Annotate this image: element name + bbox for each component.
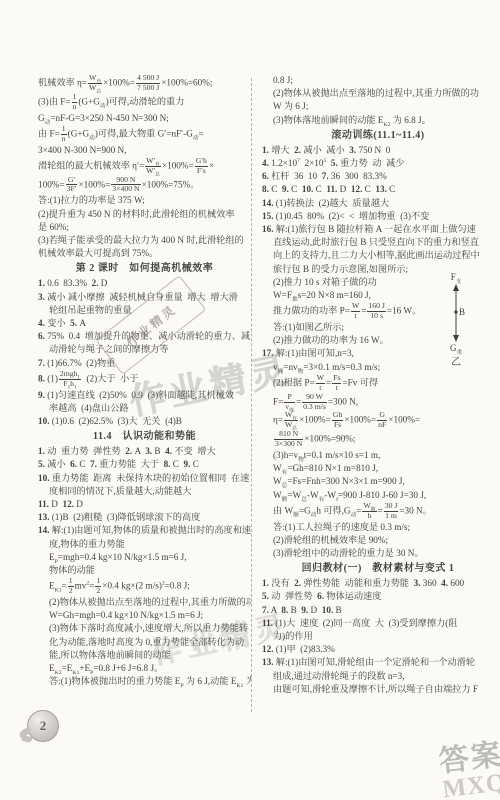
answer-text-line: 10. 重力势能 距离 未保持木块的初始位置相同 在速 bbox=[38, 472, 251, 485]
answer-text-line: η=W有W总×100%=GhFs×100%=GnF×100%= bbox=[262, 411, 494, 430]
answer-text-line: 4. 1.2×107 2×105 5. 重力势 动 减少 bbox=[262, 157, 494, 170]
answer-text-line: 答:(1)工人拉绳子的速度是 0.3 m/s; bbox=[262, 521, 494, 534]
answer-text-line: 1. 0.6 83.3% 2. D bbox=[38, 277, 251, 290]
answer-text-line: F=Pv绳=90 W0.3 m/s=300 N, bbox=[262, 393, 494, 412]
answer-text-line: 由 W额=G动h 可得,G动=W额h=30 J1 m=30 N。 bbox=[262, 502, 494, 521]
answer-text-line: 15. (1)0.45 80% (2)< < 增加物重 (3)不变 bbox=[262, 210, 494, 223]
answer-text-line: 11. D 12. D bbox=[38, 498, 251, 511]
answer-text-line: G动=nF-G=3×250 N-450 N=300 N; bbox=[38, 112, 251, 125]
answer-text-line: 滑轮组的最大机械效率 η′=W′有W′总×100%=G′hF′s× bbox=[38, 157, 251, 176]
answer-text-line: W总=Fs=Fnh=300 N×3×1 m=900 J, bbox=[262, 475, 494, 488]
answer-text-line: 力)的作用 bbox=[262, 630, 494, 643]
answer-text-line: (2)滑轮组的机械效率是 90%; bbox=[262, 534, 494, 547]
answer-text-line: (2)物体从被抛出点至落地的过程中,其重力所做的功 bbox=[38, 596, 251, 609]
answer-text-line: W有=Gh=810 N×1 m=810 J, bbox=[262, 462, 494, 475]
leaf-icon bbox=[21, 735, 32, 743]
answer-text-line: (3)物体落地前瞬间的动能 EK2 为 6.8 J。 bbox=[262, 114, 494, 127]
force-arrows-icon: B bbox=[437, 283, 475, 343]
answer-text-line: 度相同的情况下,质量越大,动能越大 bbox=[38, 485, 251, 498]
page-number: 2 bbox=[40, 718, 47, 734]
page-number-badge: 2 bbox=[27, 710, 59, 742]
answer-text-line: 0.8 J; bbox=[262, 74, 494, 87]
answer-text-line: 5. 动 弹性势 6. 物体运动速度 bbox=[262, 590, 494, 603]
answer-text-line: 12. (1)甲 (2)83.3% bbox=[262, 643, 494, 656]
section-heading: 滚动训练(11.1~11.4) bbox=[262, 127, 494, 144]
answer-text-line: (3)滑轮组中的动滑轮的重力是 30 N。 bbox=[262, 547, 494, 560]
force-diagram-caption: 乙 bbox=[437, 357, 475, 368]
answer-text-line: 1. 动 重力势 弹性势 2. A 3. B 4. 不变 增大 bbox=[38, 445, 251, 458]
answer-text-line: 8. C 9. C 10. C 11. D 12. C 13. C bbox=[262, 183, 494, 196]
answer-text-line: (2)物体从被抛出点至落地的过程中,其重力所做的功 bbox=[262, 87, 494, 100]
answer-text-line: EK2=EK1+EP=0.8 J+6 J=6.8 J。 bbox=[38, 662, 251, 675]
answer-text-line: 13. 解:(1)由图可知,滑轮组由一个定滑轮和一个动滑轮 bbox=[262, 656, 494, 669]
answer-text-line: (2)根据 P=Wt=Fst=Fv 可得 bbox=[262, 374, 494, 393]
answer-text-line: 7. A 8. B 9. D 10. B bbox=[262, 604, 494, 617]
answer-text-line: 3×400 N-300 N=900 N, bbox=[38, 144, 251, 157]
answer-text-line: 答:(1)拉力的功率是 375 W; bbox=[38, 194, 251, 207]
force-diagram: F支 B G重 乙 bbox=[437, 272, 475, 368]
answer-text-line: 1. 增大 2. 减小 减小 3. 750 N 0 bbox=[262, 144, 494, 157]
answer-text-line: 14. (1)转换法 (2)越大 质量越大 bbox=[262, 197, 494, 210]
section-heading: 回归教材(一) 教材素材与变式 1 bbox=[262, 560, 494, 577]
answer-text-line: 100%=G′3F′×100%=900 N3×400 N×100%=75%。 bbox=[38, 176, 251, 195]
answer-text-line: (2)提升重为 450 N 的材料时,此滑轮组的机械效率 bbox=[38, 208, 251, 221]
answer-text-line: 直线运动,此时旅行包 B 只受竖直向下的重力和竖直 bbox=[262, 236, 494, 249]
answer-text-line: 6. 杠杆 36 10 7. 36 300 83.3% bbox=[262, 170, 494, 183]
answer-text-line: 5. 减小 6. C 7. 重力势能 大于 8. C 9. C bbox=[38, 458, 251, 471]
force-diagram-point-label: B bbox=[459, 307, 465, 318]
answer-text-line: 机械效率 η=W有W总×100%=4 500 J7 500 J×100%=60%… bbox=[38, 74, 251, 93]
answer-text-line: EK1=12mv2=12×0.4 kg×(2 m/s)2=0.8 J; bbox=[38, 577, 251, 596]
answer-text-line: 由 F=1n(G+G动)可得,最大物重 G′=nF′-G动= bbox=[38, 125, 251, 144]
answer-text-line: 答:(1)物体被抛出时的重力势能 EP 为 6 J,动能 EK1 为 bbox=[38, 675, 251, 688]
answer-text-line: 810 N3×300 N×100%=90%; bbox=[262, 430, 494, 449]
answer-text-line: 组成,通过动滑轮绳子的段数 n=3, bbox=[262, 670, 494, 683]
answer-text-line: W 为 6 J; bbox=[262, 100, 494, 113]
watermark-corner: 答案圈 MXQE.COM bbox=[437, 719, 500, 800]
answer-text-line: 机械效率最大可提高到 75%。 bbox=[38, 247, 251, 260]
answer-text-line: 11. (1)大 速度 (2)同一高度 大 (3)受到摩擦力(阻 bbox=[262, 617, 494, 630]
force-diagram-top-label: F支 bbox=[437, 272, 475, 283]
answer-text-line: 向上的支持力,且二力大小相等,据此画出运动过程中 bbox=[262, 249, 494, 262]
answer-text-line: 16. 解:(1)旅行包 B 随拉杆箱 A 一起在水平面上做匀速 bbox=[262, 223, 494, 236]
answer-text-line: (3)由 F=1n(G+G动)可得,动滑轮的重力 bbox=[38, 93, 251, 112]
section-heading: 第 2 课时 如何提高机械效率 bbox=[38, 260, 251, 277]
answer-text-line: W额=W总-W有-Wf=900 J-810 J-60 J=30 J, bbox=[262, 489, 494, 502]
answer-text-line: (3)若绳子能承受的最大拉力为 400 N 时,此滑轮组的 bbox=[38, 234, 251, 247]
answer-text-line: 13. (1)B (2)粗糙 (3)降低钢球滚下的高度 bbox=[38, 511, 251, 524]
answer-text-line: EP=mgh=0.4 kg×10 N/kg×1.5 m=6 J, bbox=[38, 551, 251, 564]
answer-text-line: 度,物体的重力势能 bbox=[38, 538, 251, 551]
answer-text-line: 由题可知,滑轮重及摩擦不计,所以绳子自由端拉力 F bbox=[262, 683, 494, 696]
answer-text-line: (3)h=v物t=0.1 m/s×10 s=1 m, bbox=[262, 449, 494, 462]
answer-text-line: 是 60%; bbox=[38, 221, 251, 234]
watermark-brand-logo: 答案圈 bbox=[437, 719, 500, 778]
section-heading: 11.4 认识动能和势能 bbox=[38, 428, 251, 445]
right-column: 0.8 J;(2)物体从被抛出点至落地的过程中,其重力所做的功W 为 6 J;(… bbox=[262, 74, 494, 696]
force-diagram-bottom-label: G重 bbox=[437, 343, 475, 354]
answer-text-line: 14. 解:(1)由题可知,物体的质量和被抛出时的高度和速 bbox=[38, 524, 251, 537]
scanned-answer-page: 机械效率 η=W有W总×100%=4 500 J7 500 J×100%=60%… bbox=[0, 0, 500, 800]
answer-text-line: 1. 没有 2. 弹性势能 动能和重力势能 3. 360 4. 600 bbox=[262, 577, 494, 590]
